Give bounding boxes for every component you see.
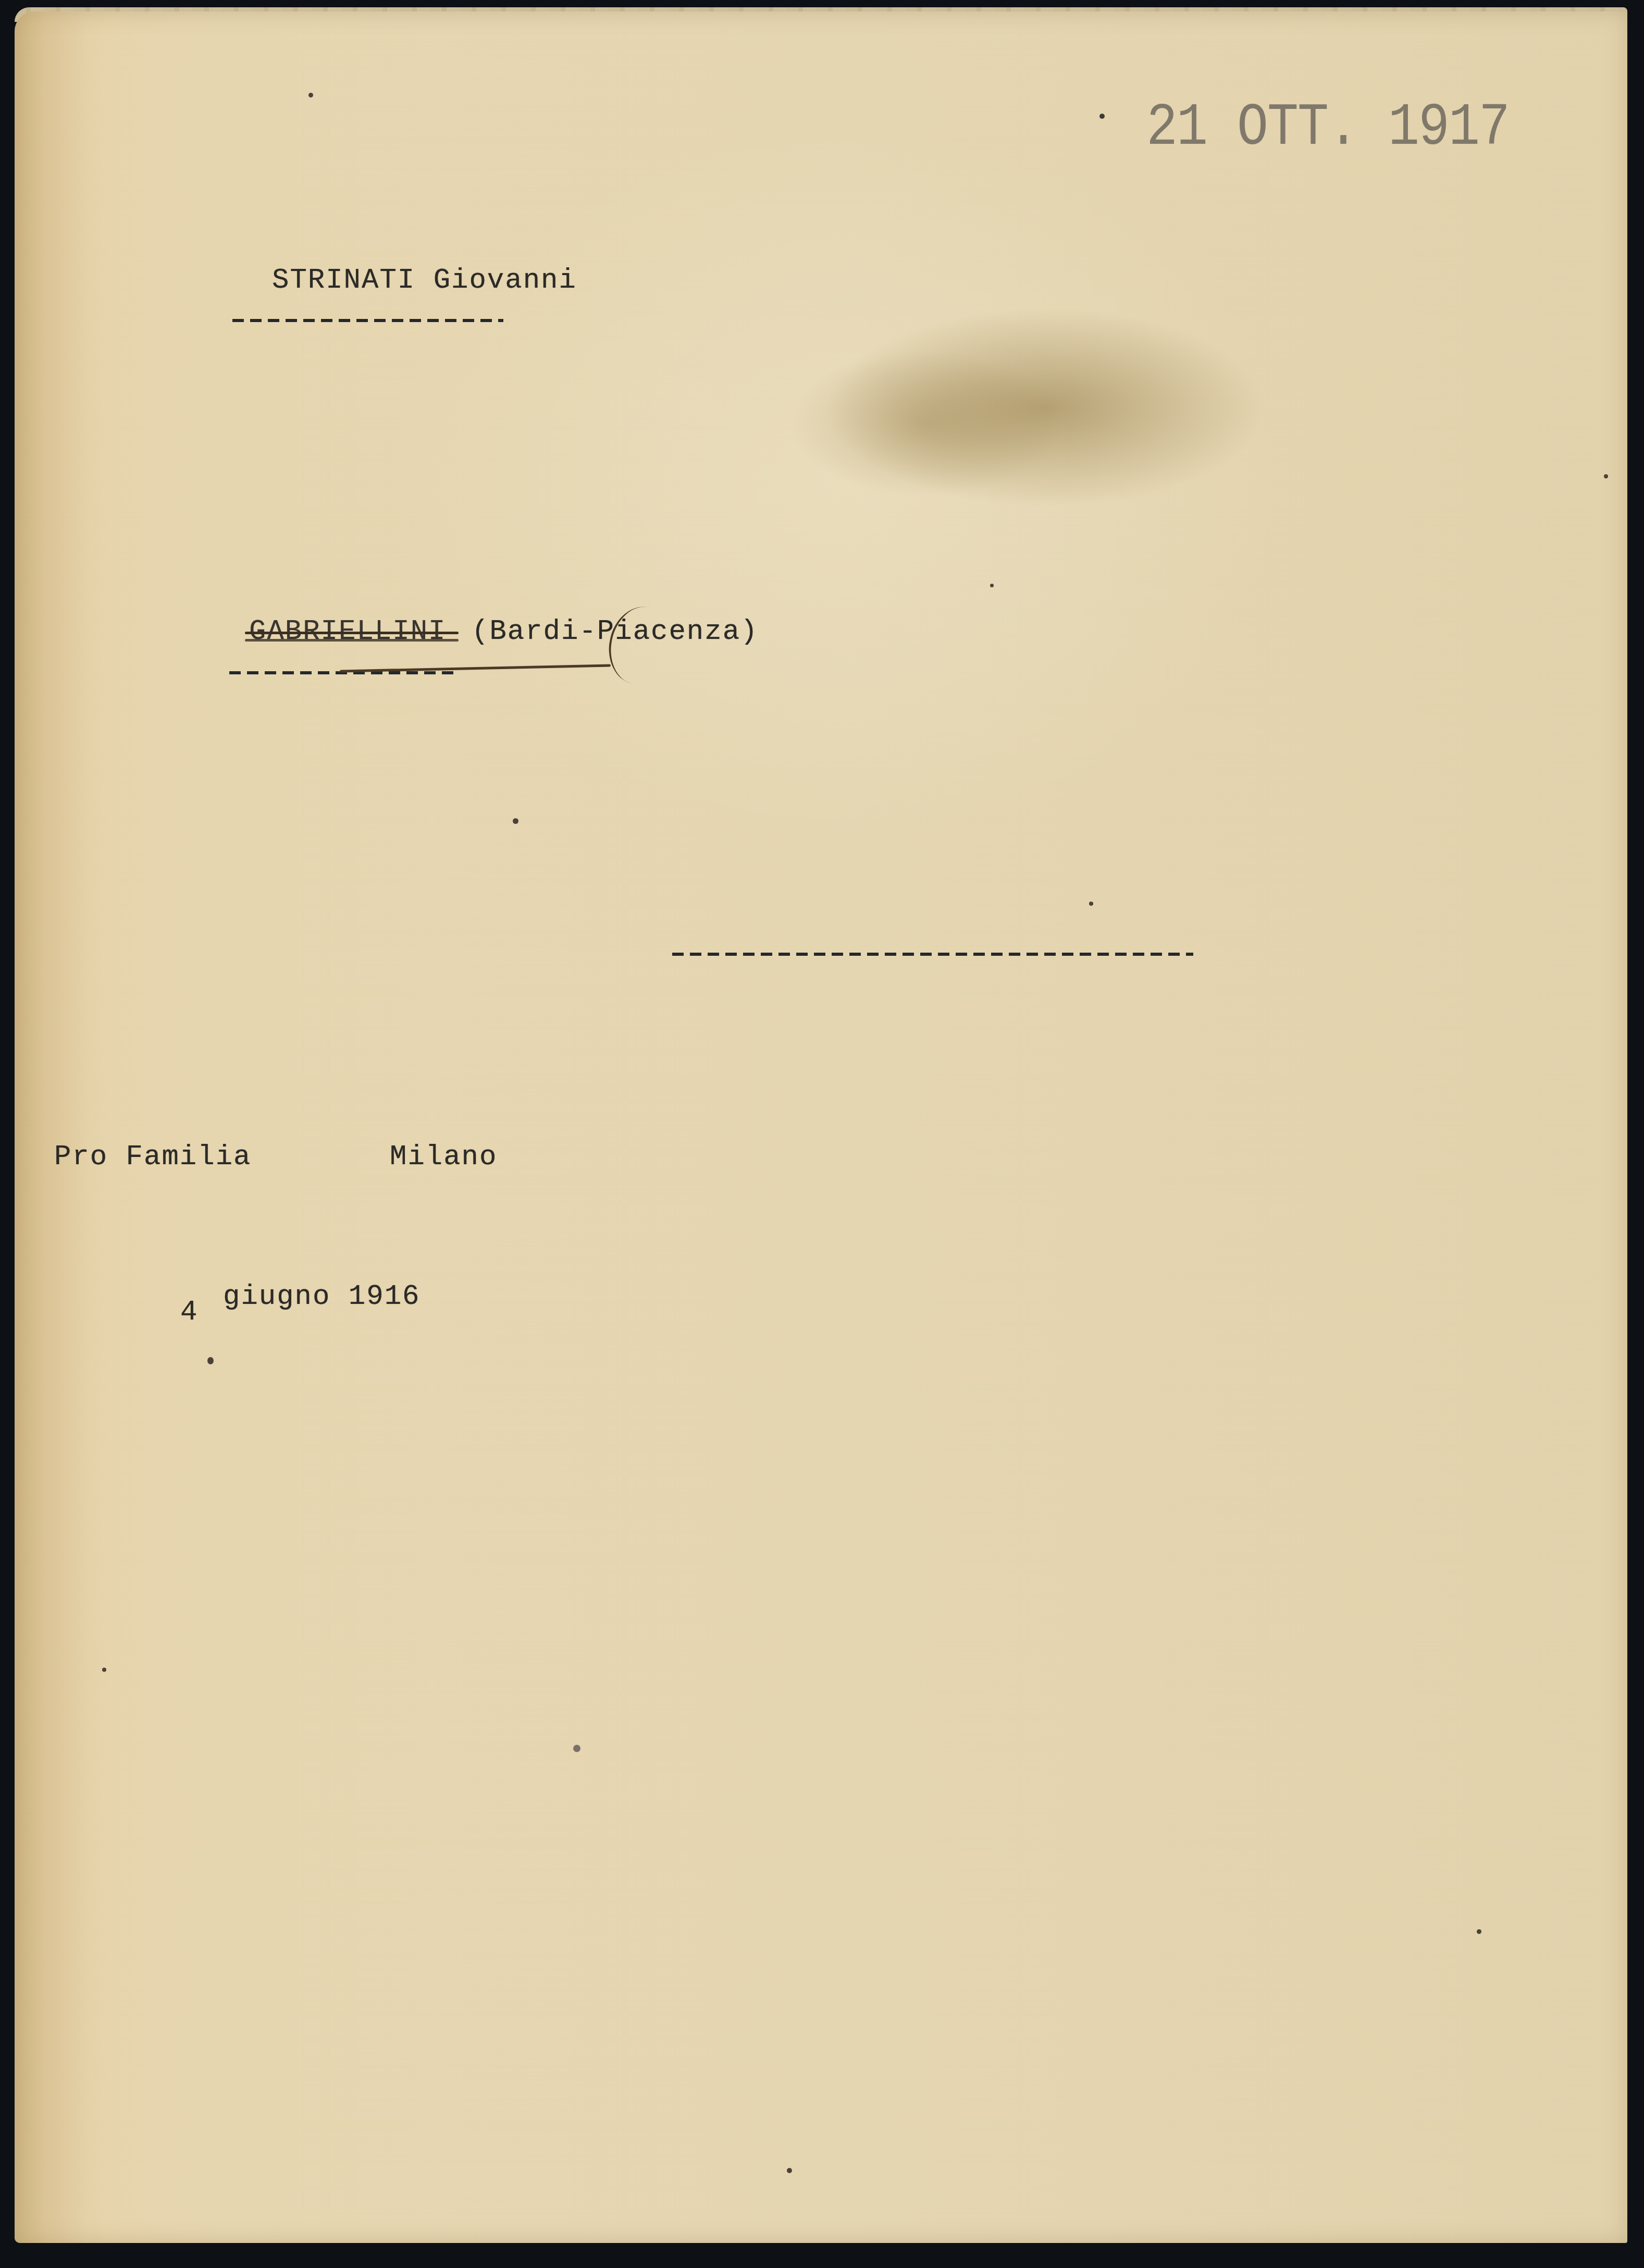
paper-speck (207, 1357, 214, 1364)
paper-speck (513, 818, 518, 824)
person-name: STRINATI Giovanni (272, 265, 577, 297)
paper-sheet (15, 11, 1627, 2243)
scanned-document: 21 OTT. 1917 STRINATI Giovanni GABRIELLI… (0, 0, 1644, 2268)
strikethrough-line (245, 639, 459, 642)
paper-speck (308, 93, 313, 97)
paper-speck (990, 584, 994, 587)
organization-name: Pro Familia (54, 1141, 251, 1173)
paper-speck (1604, 474, 1608, 478)
separator-rule (672, 953, 1193, 956)
paper-speck (573, 1745, 580, 1752)
date-month-year: giugno 1916 (223, 1281, 420, 1313)
paper-margin-discoloration (15, 11, 88, 2243)
date-day: 4 (180, 1297, 198, 1328)
organization-city: Milano (390, 1141, 497, 1173)
paper-speck (1477, 1929, 1481, 1934)
strikethrough-line (245, 632, 459, 634)
paper-speck (102, 1668, 106, 1672)
name-underline (232, 319, 503, 322)
date-stamp: 21 OTT. 1917 (1146, 95, 1509, 163)
paper-speck (787, 2168, 792, 2173)
paper-speck (1089, 902, 1093, 906)
ink-dot (1099, 114, 1105, 119)
